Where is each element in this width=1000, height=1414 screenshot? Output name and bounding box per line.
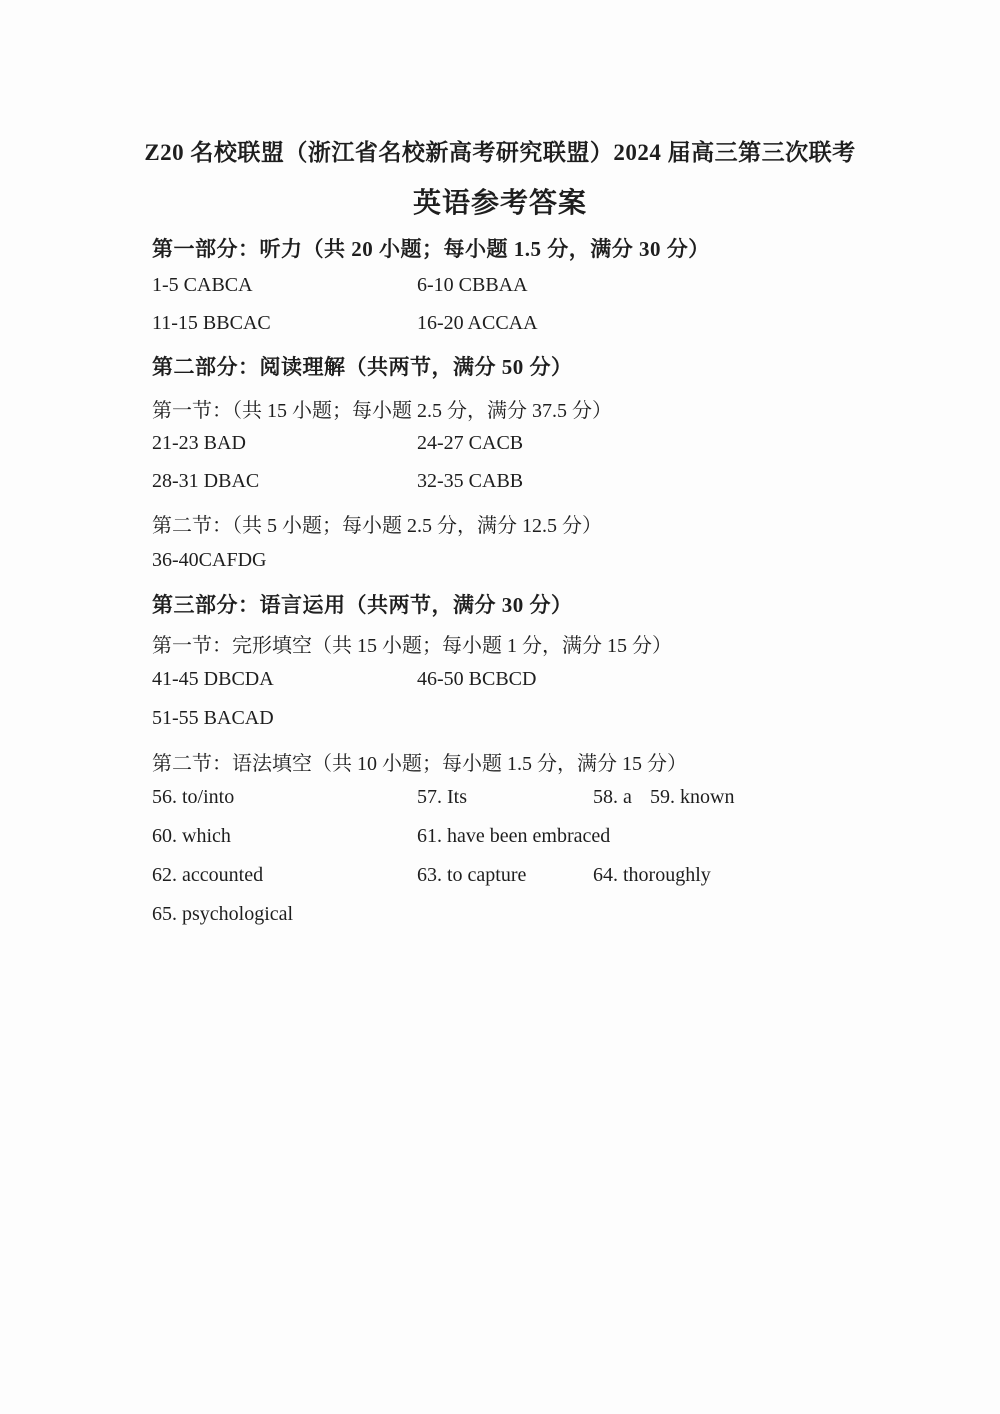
part1-answer-row: 1-5 CABCA 6-10 CBBAA	[0, 274, 1000, 300]
answer-item: 58. a	[593, 786, 632, 809]
answer-group: 28-31 DBAC	[152, 470, 259, 493]
answer-item: 56. to/into	[152, 786, 234, 809]
answer-group: 6-10 CBBAA	[417, 274, 528, 297]
answer-item: 62. accounted	[152, 864, 263, 887]
part2-answer-row: 36-40CAFDG	[0, 549, 1000, 575]
answer-group: 32-35 CABB	[417, 470, 523, 493]
part3-heading: 第三部分：语言运用（共两节，满分 30 分）	[0, 589, 1000, 615]
answer-group: 24-27 CACB	[417, 432, 523, 455]
part2-heading: 第二部分：阅读理解（共两节，满分 50 分）	[0, 351, 1000, 377]
answer-item: 59. known	[650, 786, 734, 809]
answer-item: 64. thoroughly	[593, 864, 711, 887]
part3-answer-row: 51-55 BACAD	[0, 707, 1000, 733]
answer-item: 65. psychological	[152, 903, 293, 926]
part1-answer-row: 11-15 BBCAC 16-20 ACCAA	[0, 312, 1000, 338]
part3-answer-row: 65. psychological	[0, 903, 1000, 929]
part3-answer-row: 41-45 DBCDA 46-50 BCBCD	[0, 668, 1000, 694]
answer-item: 57. Its	[417, 786, 467, 809]
answer-group: 11-15 BBCAC	[152, 312, 271, 335]
part1-heading: 第一部分：听力（共 20 小题；每小题 1.5 分，满分 30 分）	[0, 233, 1000, 259]
part3-section1-subheading: 第一节：完形填空（共 15 小题；每小题 1 分，满分 15 分）	[0, 629, 1000, 655]
page-subtitle: 英语参考答案	[0, 181, 1000, 221]
answer-item: 60. which	[152, 825, 231, 848]
part3-answer-row: 56. to/into 57. Its 58. a 59. known	[0, 786, 1000, 812]
answer-key-page: Z20 名校联盟（浙江省名校新高考研究联盟）2024 届高三第三次联考 英语参考…	[0, 0, 1000, 1414]
answer-item: 61. have been embraced	[417, 825, 610, 848]
part3-section2-subheading: 第二节：语法填空（共 10 小题；每小题 1.5 分，满分 15 分）	[0, 747, 1000, 773]
answer-group: 21-23 BAD	[152, 432, 246, 455]
answer-group: 51-55 BACAD	[152, 707, 274, 730]
part3-answer-row: 62. accounted 63. to capture 64. thoroug…	[0, 864, 1000, 890]
answer-group: 1-5 CABCA	[152, 274, 253, 297]
subsection-heading-text: 第一节：（共 15 小题；每小题 2.5 分，满分 37.5 分）	[152, 394, 612, 423]
answer-group: 36-40CAFDG	[152, 549, 266, 572]
answer-group: 41-45 DBCDA	[152, 668, 274, 691]
answer-item: 63. to capture	[417, 864, 526, 887]
answer-group: 46-50 BCBCD	[417, 668, 536, 691]
answer-group: 16-20 ACCAA	[417, 312, 538, 335]
part2-section2-subheading: 第二节：（共 5 小题；每小题 2.5 分，满分 12.5 分）	[0, 509, 1000, 535]
part2-answer-row: 21-23 BAD 24-27 CACB	[0, 432, 1000, 458]
section-heading-text: 第二部分：阅读理解（共两节，满分 50 分）	[152, 351, 573, 381]
subsection-heading-text: 第一节：完形填空（共 15 小题；每小题 1 分，满分 15 分）	[152, 629, 672, 658]
part3-answer-row: 60. which 61. have been embraced	[0, 825, 1000, 851]
part2-section1-subheading: 第一节：（共 15 小题；每小题 2.5 分，满分 37.5 分）	[0, 394, 1000, 420]
part2-answer-row: 28-31 DBAC 32-35 CABB	[0, 470, 1000, 496]
section-heading-text: 第三部分：语言运用（共两节，满分 30 分）	[152, 589, 573, 619]
subsection-heading-text: 第二节：（共 5 小题；每小题 2.5 分，满分 12.5 分）	[152, 509, 602, 538]
section-heading-text: 第一部分：听力（共 20 小题；每小题 1.5 分，满分 30 分）	[152, 233, 710, 263]
subsection-heading-text: 第二节：语法填空（共 10 小题；每小题 1.5 分，满分 15 分）	[152, 747, 687, 776]
page-title: Z20 名校联盟（浙江省名校新高考研究联盟）2024 届高三第三次联考	[0, 134, 1000, 167]
